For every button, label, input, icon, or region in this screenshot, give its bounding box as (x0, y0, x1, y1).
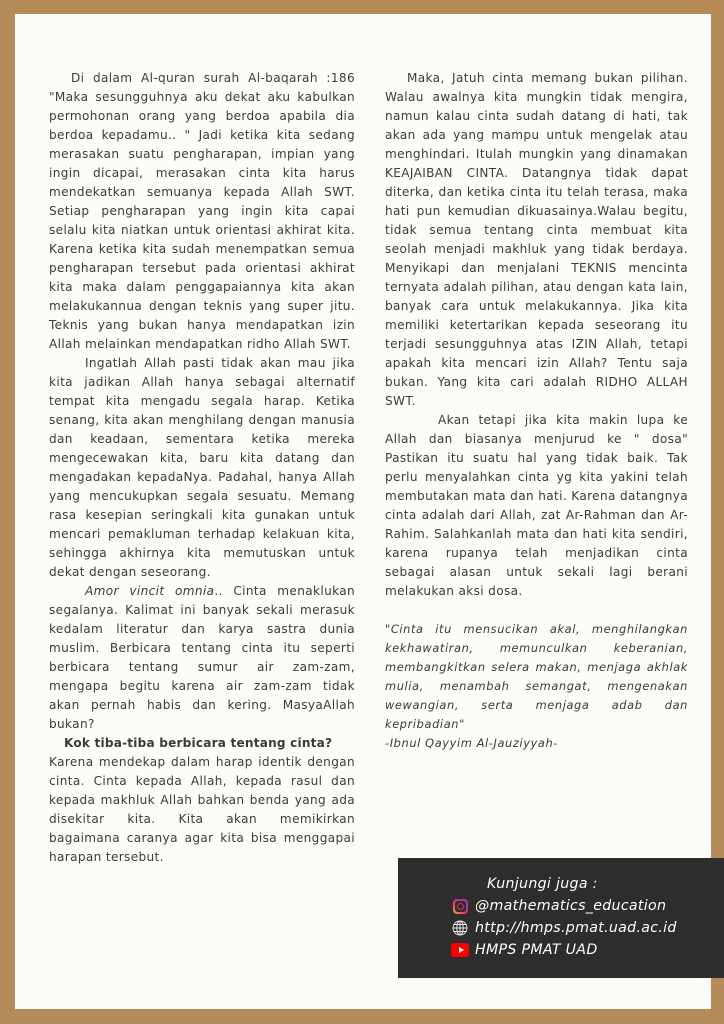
section-heading: Kok tiba-tiba berbicara tentang cinta? (49, 734, 355, 753)
website-link[interactable]: http://hmps.pmat.uad.ac.id (451, 919, 677, 937)
contact-title: Kunjungi juga : (487, 876, 598, 892)
paragraph-akan-tetapi: Akan tetapi jika kita makin lupa ke Alla… (385, 411, 688, 601)
paragraph-quran-verse: Di dalam Al-quran surah Al-baqarah :186 … (49, 69, 355, 354)
paragraph-karena: Karena mendekap dalam harap identik deng… (49, 753, 355, 867)
left-column: Di dalam Al-quran surah Al-baqarah :186 … (49, 69, 355, 867)
youtube-icon (451, 941, 469, 959)
globe-icon (451, 919, 469, 937)
instagram-link[interactable]: @mathematics_education (451, 897, 666, 915)
quote-text: "Cinta itu mensucikan akal, menghilangka… (385, 620, 688, 734)
website-url: http://hmps.pmat.uad.ac.id (475, 920, 677, 936)
paragraph-jatuh-cinta: Maka, Jatuh cinta memang bukan pilihan. … (385, 69, 688, 411)
paragraph-amor-text: .. Cinta menaklukan segalanya. Kalimat i… (49, 584, 355, 731)
instagram-handle: @mathematics_education (475, 898, 666, 914)
youtube-link[interactable]: HMPS PMAT UAD (451, 941, 598, 959)
paragraph-ingatlah: Ingatlah Allah pasti tidak akan mau jika… (49, 354, 355, 582)
youtube-channel: HMPS PMAT UAD (475, 942, 598, 958)
contact-box: Kunjungi juga : @mathematics_education h… (398, 858, 724, 978)
instagram-icon (451, 897, 469, 915)
paragraph-amor-vincit: Amor vincit omnia.. Cinta menaklukan seg… (49, 582, 355, 734)
quote-author: -Ibnul Qayyim Al-Jauziyyah- (385, 734, 688, 753)
latin-phrase: Amor vincit omnia (85, 584, 214, 598)
right-column: Maka, Jatuh cinta memang bukan pilihan. … (385, 69, 688, 753)
